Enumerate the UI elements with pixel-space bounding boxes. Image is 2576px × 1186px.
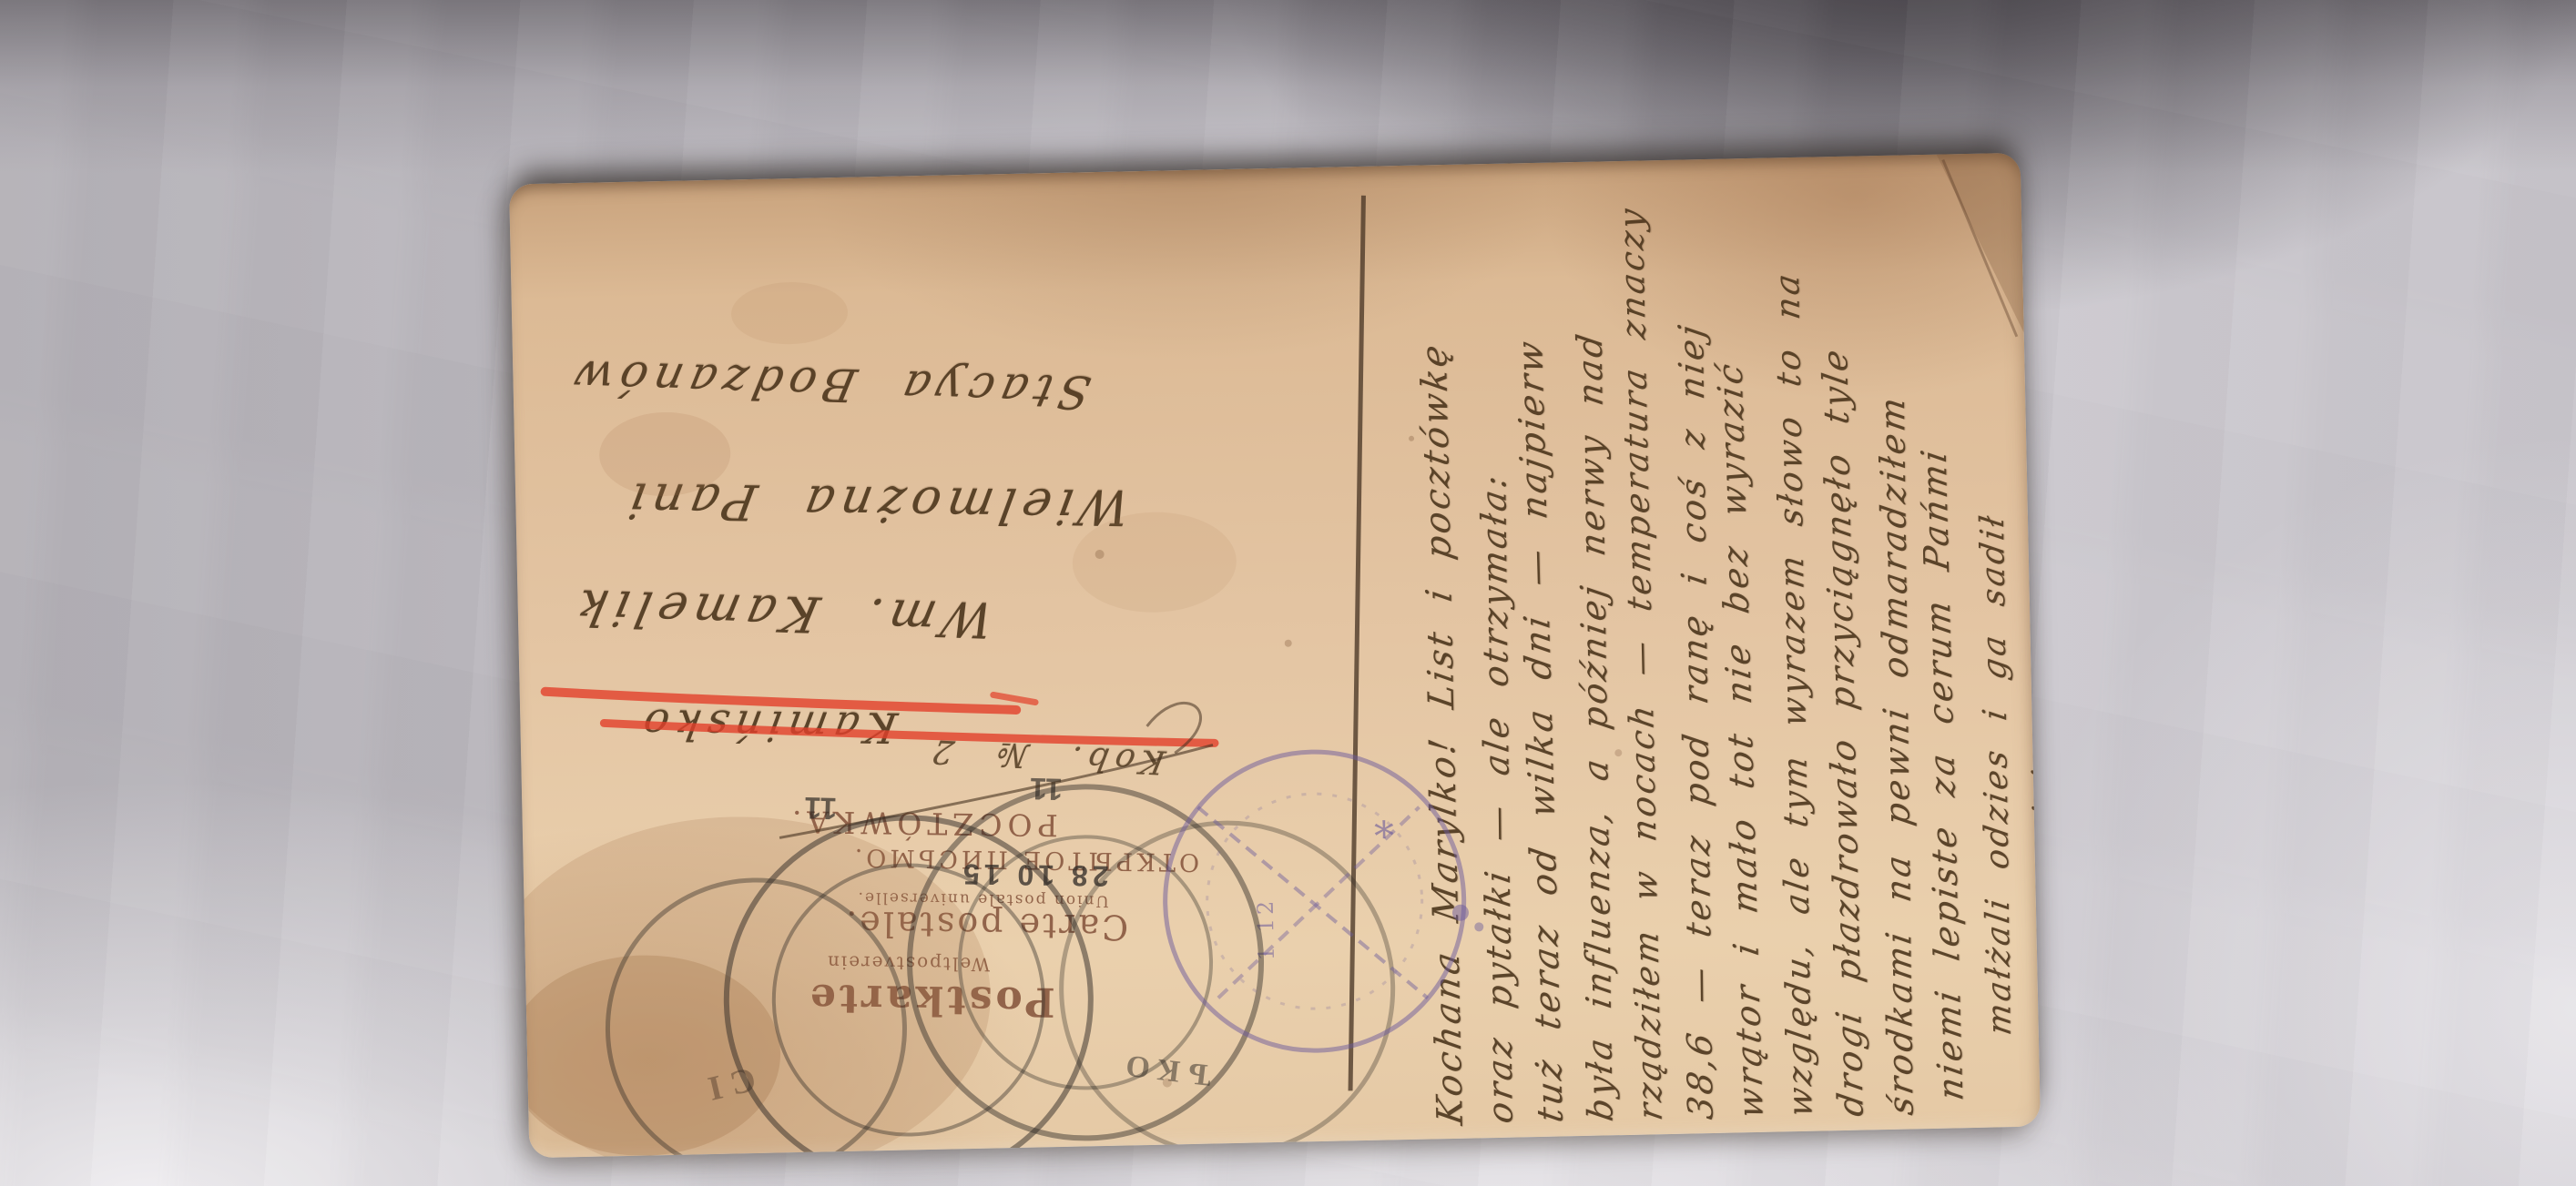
photo-vignette [0, 0, 2576, 1186]
photo-of-postcard: { "scene": { "type": "photograph", "desc… [0, 0, 2576, 1186]
